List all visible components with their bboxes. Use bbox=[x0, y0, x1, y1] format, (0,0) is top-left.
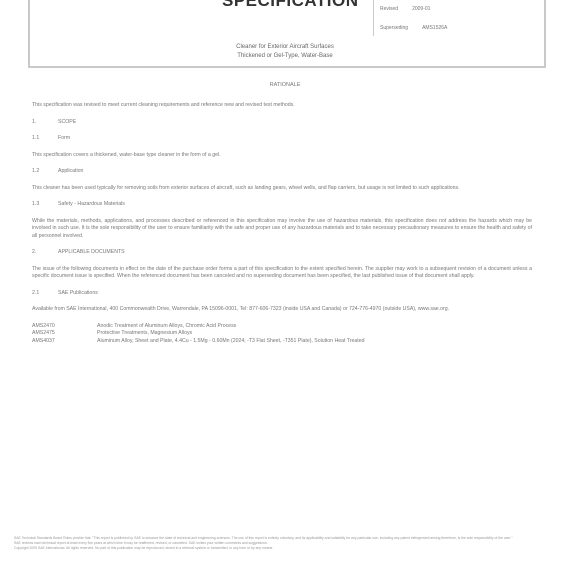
footer-line: Copyright 2009 SAE International. All ri… bbox=[14, 546, 554, 551]
section-text: While the materials, methods, applicatio… bbox=[32, 218, 532, 241]
section-text: Available from SAE International, 400 Co… bbox=[32, 306, 532, 314]
document-type-title: SPECIFICATION bbox=[222, 0, 359, 11]
document-body: This specification was revised to meet c… bbox=[32, 102, 532, 345]
revision-info-block: Revised 2009-01 Superseding AMS1526A bbox=[373, 0, 524, 36]
section-heading: 2.APPLICABLE DOCUMENTS bbox=[32, 249, 532, 257]
reference-item: AMS2470Anodic Treatment of Aluminum Allo… bbox=[32, 323, 532, 331]
document-subtitle-line-1: Cleaner for Exterior Aircraft Surfaces bbox=[0, 43, 570, 51]
section-heading: 1.SCOPE bbox=[32, 119, 532, 127]
section-text: This specification covers a thickened, w… bbox=[32, 152, 532, 160]
legal-footer: SAE Technical Standards Board Rules prov… bbox=[14, 536, 554, 551]
revised-row: Revised 2009-01 bbox=[380, 6, 430, 12]
section-text: The issue of the following documents in … bbox=[32, 266, 532, 281]
section-heading: 2.1SAE Publications bbox=[32, 290, 532, 298]
reference-item: AMS2475Protective Treatments, Magnesium … bbox=[32, 330, 532, 338]
section-heading: 1.1Form bbox=[32, 135, 532, 143]
section-heading: 1.3Safety - Hazardous Materials bbox=[32, 201, 532, 209]
superseding-row: Superseding AMS1526A bbox=[380, 25, 447, 31]
rationale-heading: RATIONALE bbox=[0, 82, 570, 88]
reference-item: AMS4037Aluminum Alloy, Sheet and Plate, … bbox=[32, 338, 532, 346]
rationale-text: This specification was revised to meet c… bbox=[32, 102, 532, 110]
section-text: This cleaner has been used typically for… bbox=[32, 185, 532, 193]
reference-list: AMS2470Anodic Treatment of Aluminum Allo… bbox=[32, 323, 532, 346]
document-subtitle-line-2: Thickened or Gel-Type, Water-Base bbox=[0, 52, 570, 60]
section-heading: 1.2Application bbox=[32, 168, 532, 176]
